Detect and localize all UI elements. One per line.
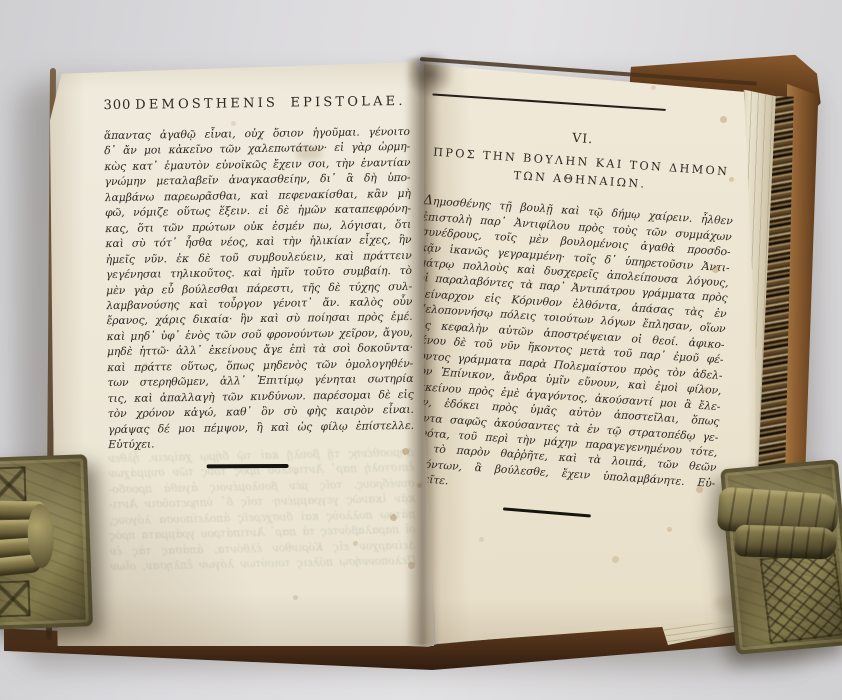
right-page-body-text: Δημοσθένης τῇ βουλῇ καὶ τῷ δήμῳ χαίρειν.… xyxy=(404,193,733,507)
right-page-content: VI. ΠΡΟΣ ΤΗΝ ΒΟΥΛΗΝ ΚΑΙ ΤΟΝ ΔΗΜΟΝΤΩΝ ΑΘΗ… xyxy=(403,59,742,524)
engraved-x-ornament xyxy=(0,580,31,617)
brass-hand-page-weight-right xyxy=(720,459,842,655)
paper-stain xyxy=(296,146,322,160)
running-head-title: DEMOSTHENIS EPISTOLAE. xyxy=(131,94,409,113)
foxing-spots-left xyxy=(52,64,55,67)
epistle-end-rule xyxy=(503,507,591,517)
engraved-lattice-ornament xyxy=(760,549,842,644)
left-page-body-text: ἅπαντας ἀγαθῷ εἶναι, οὐχ ὅσιον ἡγοῦμαι. … xyxy=(104,124,415,453)
brass-hand-fingers xyxy=(734,524,837,560)
left-page-content: 300 DEMOSTHENIS EPISTOLAE. ἅπαντας ἀγαθῷ… xyxy=(103,94,414,469)
gutter-top-shadow xyxy=(406,50,454,98)
page-top-printed-rule xyxy=(432,93,666,111)
photo-of-open-book: 300 DEMOSTHENIS EPISTOLAE. ἅπαντας ἀγαθῷ… xyxy=(0,0,842,700)
epistle-end-rule xyxy=(207,463,289,467)
running-head: 300 DEMOSTHENIS EPISTOLAE. xyxy=(103,94,409,113)
right-page: VI. ΠΡΟΣ ΤΗΝ ΒΟΥΛΗΝ ΚΑΙ ΤΟΝ ΔΗΜΟΝΤΩΝ ΑΘΗ… xyxy=(414,54,768,646)
engraved-x-ornament xyxy=(0,466,27,503)
left-page: 300 DEMOSTHENIS EPISTOLAE. ἅπαντας ἀγαθῷ… xyxy=(50,62,434,646)
gutter-shadow xyxy=(404,58,438,646)
brass-hand-page-weight-left xyxy=(0,454,93,630)
page-number: 300 xyxy=(103,98,131,113)
